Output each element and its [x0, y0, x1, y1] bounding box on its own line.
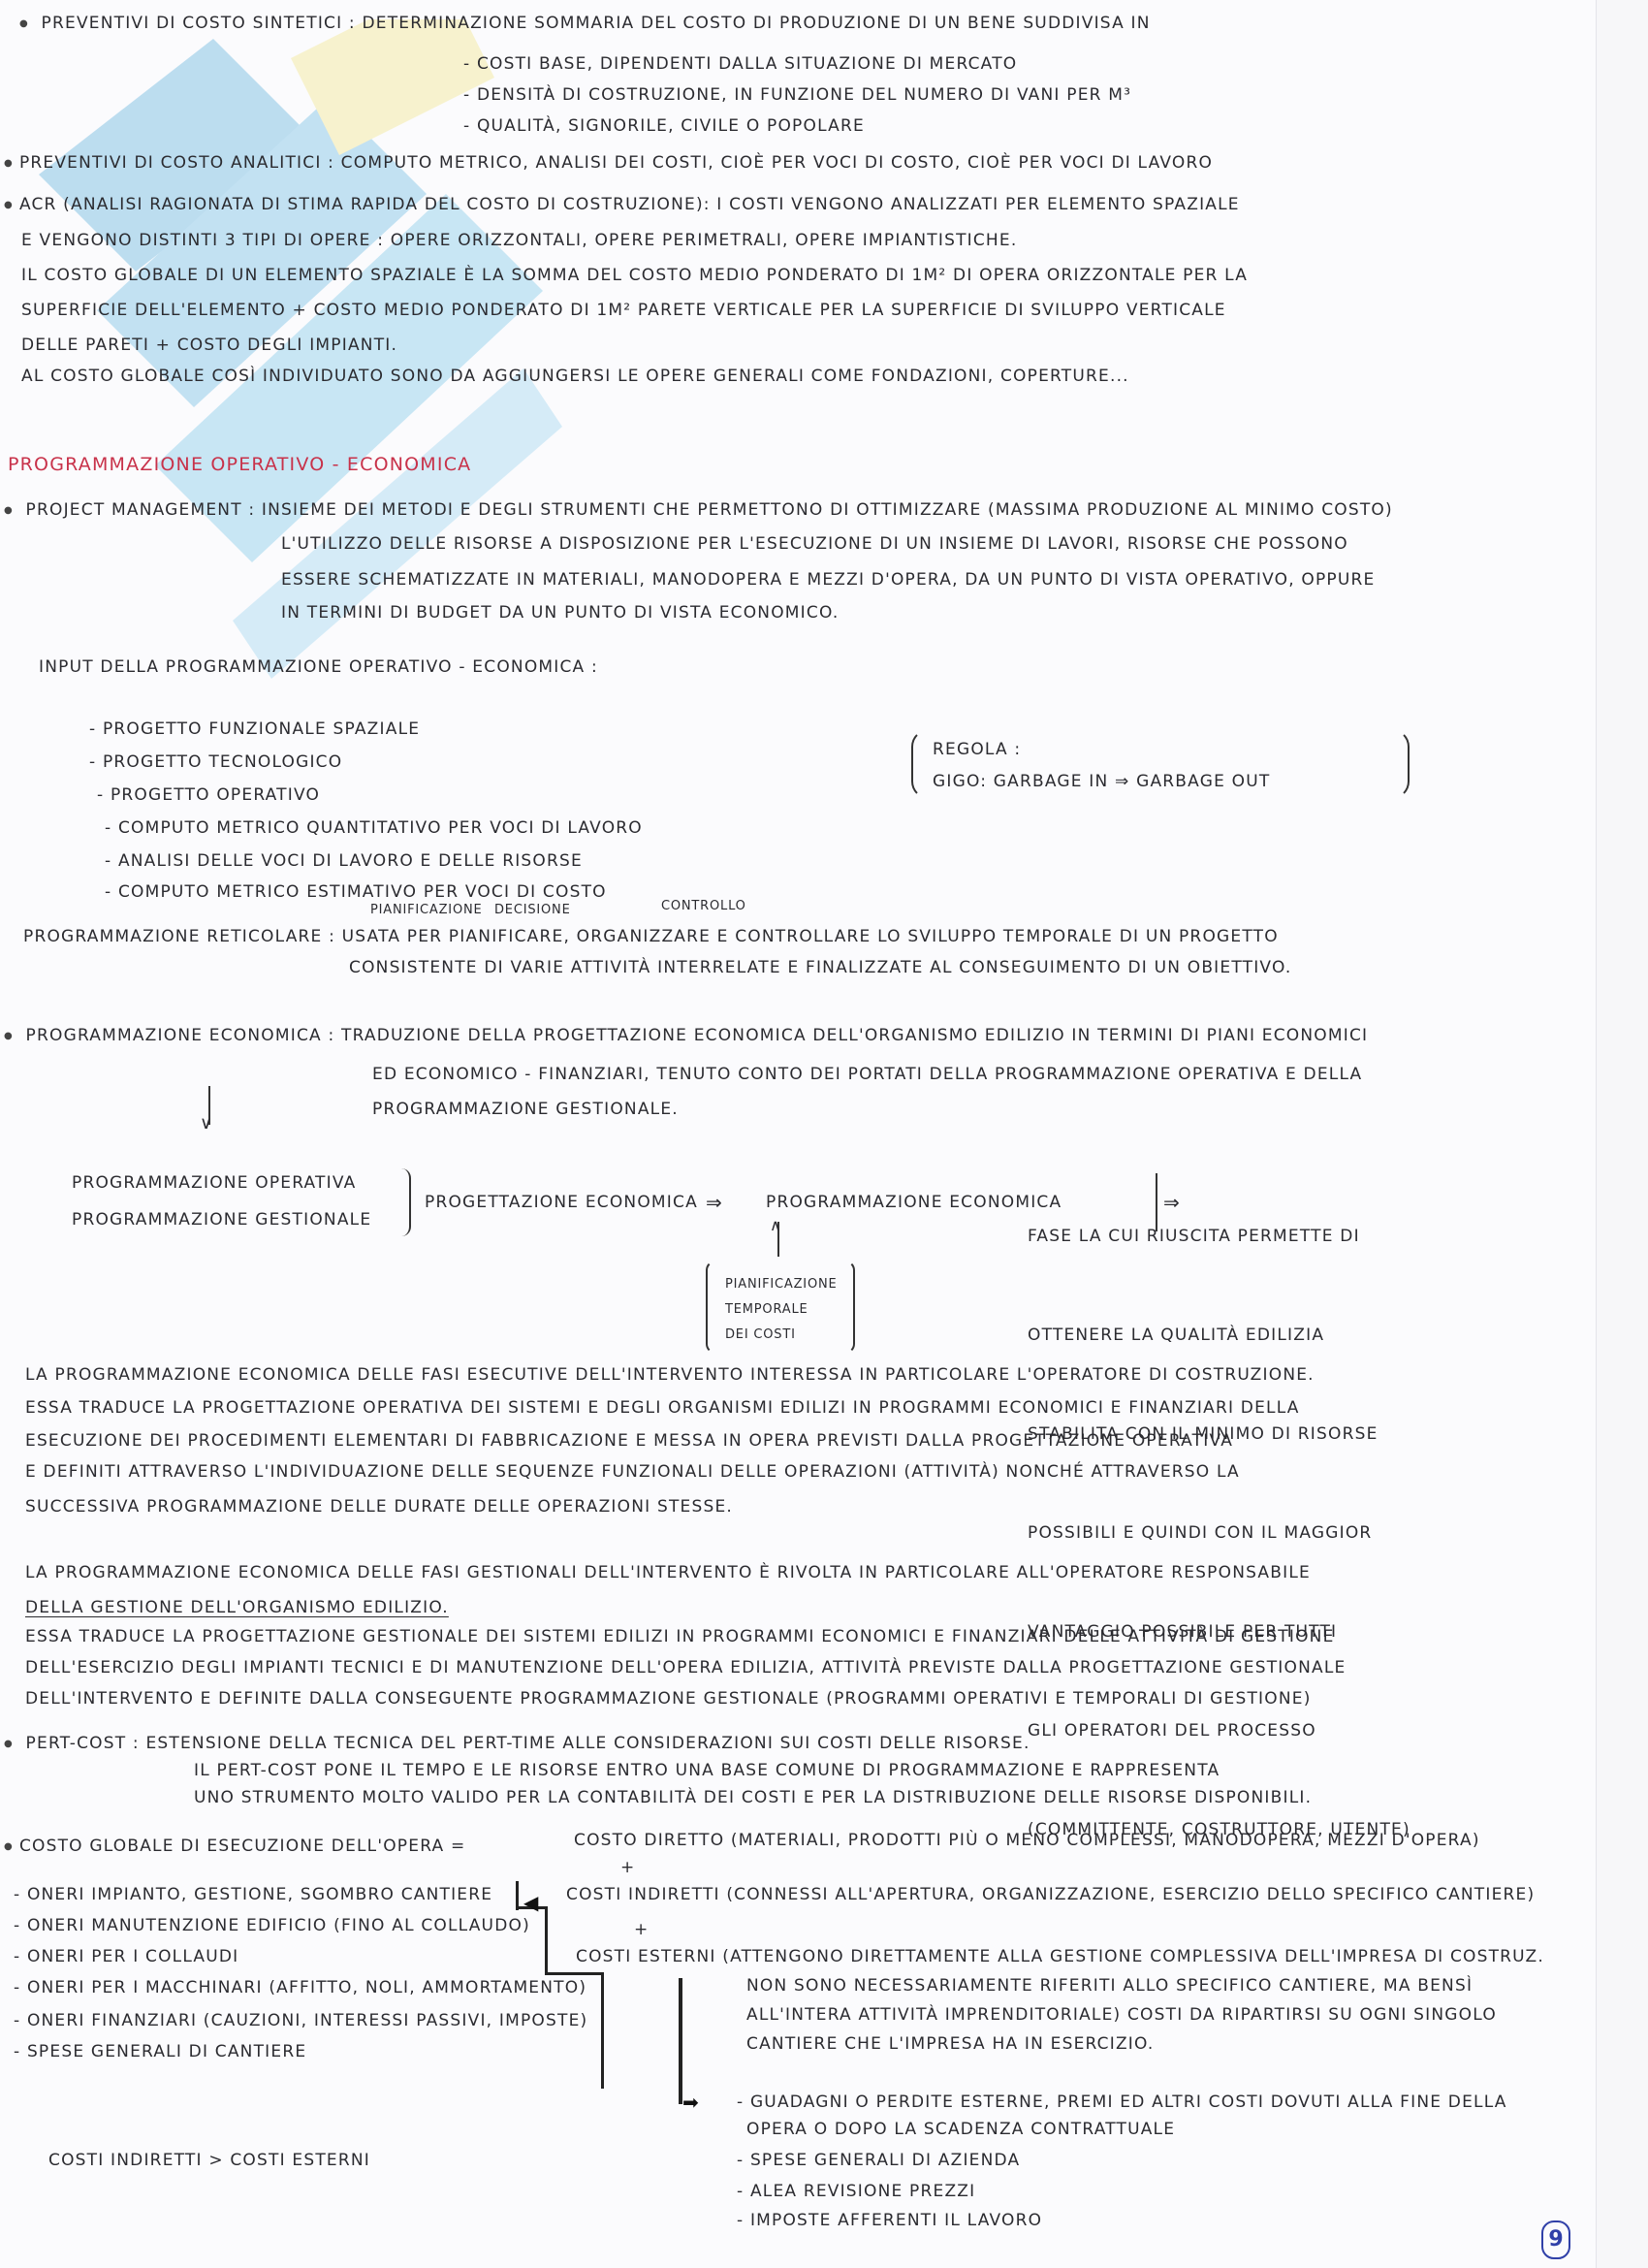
pertcost-line: Il Pert-cost pone il tempo e le risorse … [194, 1763, 1220, 1779]
brace [399, 1168, 411, 1236]
input-title: Input della programmazione operativo - e… [39, 659, 598, 676]
comparison-note: Costi indiretti > costi esterni [48, 2153, 370, 2169]
esterni-item: - Alea revisione prezzi [737, 2184, 975, 2200]
plus-sign: + [620, 1860, 635, 1876]
analitici-text: Preventivi di costo analitici : computo … [4, 155, 1213, 172]
esterni-item: - Imposte afferenti il lavoro [737, 2213, 1042, 2229]
input-item: - Computo metrico estimativo per voci di… [105, 884, 607, 901]
gestionali-line: Essa traduce la progettazione gestionale… [25, 1629, 1335, 1645]
indiretti-item: - Spese generali di cantiere [14, 2044, 306, 2060]
note-line: gli operatori del processo [1028, 1714, 1410, 1747]
page-number: 9 [1541, 2220, 1570, 2259]
rule-text: GIGO: garbage in ⇒ garbage out [933, 774, 1270, 790]
input-item: - Analisi delle voci di lavoro e delle r… [105, 853, 583, 870]
note-line: ottenere la qualità edilizia [1028, 1319, 1410, 1352]
indiretti-item: - Oneri impianto, gestione, sgombro cant… [14, 1887, 492, 1903]
small-label: controllo [661, 900, 746, 912]
sintetici-label: Preventivi di costo sintetici : [42, 14, 356, 33]
reticolare-line: usata per pianificare, organizzare e con… [342, 927, 1279, 946]
pm-line: l'utilizzo delle risorse a disposizione … [281, 536, 1348, 553]
left-arrow-icon: ◀ [523, 1893, 540, 1912]
small-label: decisione [494, 904, 571, 916]
esterni-item: - Guadagni o perdite esterne, premi ed a… [737, 2094, 1507, 2111]
sintetici-item: - Densità di costruzione, in funzione de… [463, 87, 1131, 104]
indiretti-item: - Oneri per i macchinari (affitto, noli,… [14, 1980, 586, 1996]
pm-line: essere schematizzate in materiali, manod… [281, 572, 1375, 589]
sintetici-text: determinazione sommaria del costo di pro… [362, 14, 1150, 33]
acr-line: delle pareti + costo degli impianti. [21, 337, 397, 354]
economica-heading: Programmazione economica : traduzione de… [4, 1028, 1368, 1044]
connector-line [545, 1906, 548, 1974]
input-item: - Progetto funzionale spaziale [89, 721, 420, 738]
gestionali-line: della gestione dell'organismo edilizio. [25, 1600, 449, 1616]
costi-esterni-line: non sono necessariamente riferiti allo s… [746, 1978, 1473, 1995]
acr-line: Al costo globale così individuato sono d… [21, 368, 1129, 385]
costo-globale-label: Costo globale di esecuzione dell'opera = [4, 1838, 465, 1855]
diagram-right: Programmazione economica [766, 1195, 1062, 1211]
costi-esterni-line: all'intera attività imprenditoriale) cos… [746, 2007, 1497, 2024]
costi-esterni-line: cantiere che l'impresa ha in esercizio. [746, 2036, 1155, 2053]
diagram-left: Programmazione gestionale [72, 1212, 371, 1229]
costo-diretto: Costo diretto (materiali, prodotti più o… [574, 1833, 1480, 1849]
gestionali-line: dell'esercizio degli impianti tecnici e … [25, 1660, 1346, 1677]
esecutive-line: successiva programmazione delle durate d… [25, 1499, 733, 1516]
esecutive-line: La programmazione economica delle fasi e… [25, 1367, 1315, 1384]
pertcost-label: Pert-cost : [26, 1734, 140, 1753]
pm-heading: Project management : insieme dei metodi … [4, 502, 1393, 519]
diagram-below: dei costi [725, 1328, 796, 1341]
note-line: fase la cui riuscita permette di [1028, 1220, 1410, 1253]
reticolare-line: consistente di varie attività interrelat… [349, 960, 1291, 976]
small-label: pianificazione [370, 904, 483, 916]
acr-line: ACR (analisi ragionata di stima rapida d… [4, 197, 1240, 213]
indiretti-item: - Oneri finanziari (cauzioni, interessi … [14, 2013, 587, 2029]
gestionali-line: dell'intervento e definite dalla consegu… [25, 1691, 1312, 1708]
pertcost-line: uno strumento molto valido per la contab… [194, 1790, 1312, 1806]
costi-indiretti: Costi indiretti (connessi all'apertura, … [566, 1887, 1535, 1903]
economica-line: traduzione della progettazione economica… [341, 1026, 1368, 1045]
pm-line: in termini di budget da un punto di vist… [281, 605, 839, 622]
input-item: - Computo metrico quantitativo per voci … [105, 820, 643, 837]
double-arrow-icon: ⇒ [706, 1193, 723, 1212]
input-item: - Progetto tecnologico [89, 754, 342, 771]
connector-line [545, 1972, 603, 1975]
diagram-below: Pianificazione [725, 1278, 838, 1291]
pm-line: insieme dei metodi e degli strumenti che… [262, 500, 1393, 520]
esecutive-line: e definiti attraverso l'individuazione d… [25, 1464, 1240, 1481]
economica-label: Programmazione economica : [26, 1026, 335, 1045]
notes-page: Preventivi di costo sintetici : determin… [0, 0, 1597, 2268]
input-item: - Progetto operativo [97, 787, 320, 804]
economica-line: programmazione gestionale. [372, 1102, 679, 1118]
acr-line: Il costo globale di un elemento spaziale… [21, 268, 1248, 284]
reticolare-heading: Programmazione reticolare : usata per pi… [23, 929, 1279, 945]
acr-line: superficie dell'elemento + costo medio p… [21, 303, 1226, 319]
connector-line [679, 1978, 682, 2104]
pm-label: Project management : [26, 500, 256, 520]
acr-line: e vengono distinti 3 tipi di opere : ope… [21, 233, 1017, 249]
diagram-left: Programmazione operativa [72, 1175, 356, 1192]
pertcost-line: estensione della tecnica del Pert-time a… [145, 1734, 1030, 1753]
pertcost-heading: Pert-cost : estensione della tecnica del… [4, 1736, 1030, 1752]
sintetici-item: - Qualità, signorile, civile o popolare [463, 118, 865, 135]
costi-esterni-line: Costi esterni (attengono direttamente al… [576, 1949, 1544, 1965]
note-line: possibili e quindi con il maggior [1028, 1517, 1410, 1549]
plus-sign: + [634, 1922, 649, 1938]
esterni-item: opera o dopo la scadenza contrattuale [746, 2122, 1175, 2138]
section-title: Programmazione operativo - economica [8, 456, 471, 474]
indiretti-item: - Oneri per i collaudi [14, 1949, 238, 1965]
right-arrow-icon: ➡ [682, 2092, 700, 2112]
connector-line [601, 1972, 604, 2089]
sintetici-item: - Costi base, dipendenti dalla situazion… [463, 56, 1017, 73]
economica-line: ed economico - finanziari, tenuto conto … [372, 1067, 1362, 1083]
sintetici-heading: Preventivi di costo sintetici : determin… [19, 16, 1151, 32]
rule-title: Regola : [933, 742, 1021, 758]
esecutive-line: Essa traduce la progettazione operativa … [25, 1400, 1300, 1417]
diagram-below: temporale [725, 1303, 808, 1316]
esecutive-line: esecuzione dei procedimenti elementari d… [25, 1433, 1233, 1450]
indiretti-item: - Oneri manutenzione edificio (fino al c… [14, 1918, 530, 1934]
gestionali-line: La programmazione economica delle fasi g… [25, 1565, 1311, 1581]
esterni-item: - Spese generali di azienda [737, 2153, 1020, 2169]
down-arrow-head-icon: ∨ [200, 1115, 213, 1133]
reticolare-label: Programmazione reticolare : [23, 927, 335, 946]
up-arrow-head-icon: ∧ [770, 1218, 782, 1233]
diagram-middle: Progettazione economica [425, 1195, 698, 1211]
